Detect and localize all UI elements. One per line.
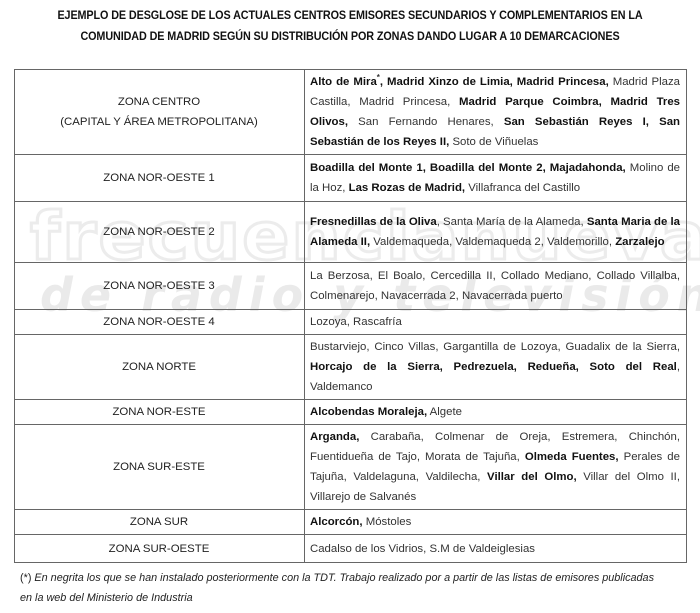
zone-name: ZONA NOR-OESTE 1	[20, 168, 298, 188]
transmitter-centers-cell: Bustarviejo, Cinco Villas, Gargantilla d…	[305, 335, 687, 400]
zones-table: ZONA CENTRO(CAPITAL Y ÁREA METROPOLITANA…	[14, 69, 687, 563]
center-text: San Fernando Henares,	[348, 116, 504, 128]
zone-row: ZONA SURAlcorcón, Móstoles	[15, 510, 687, 535]
zone-name-cell: ZONA SUR	[15, 510, 305, 535]
tdt-center-text: Alto de Mira	[310, 76, 377, 88]
transmitter-centers-cell: Alcobendas Moraleja, Algete	[305, 400, 687, 425]
zone-row: ZONA NOR-OESTE 2Fresnedillas de la Oliva…	[15, 202, 687, 263]
zone-subtitle: (CAPITAL Y ÁREA METROPOLITANA)	[20, 112, 298, 132]
zone-row: ZONA CENTRO(CAPITAL Y ÁREA METROPOLITANA…	[15, 70, 687, 155]
center-text: Soto de Viñuelas	[449, 136, 538, 148]
title-line-2: COMUNIDAD DE MADRID SEGÚN SU DISTRIBUCIÓ…	[25, 26, 676, 47]
zone-name: ZONA SUR-ESTE	[20, 457, 298, 477]
tdt-center-text: Boadilla del Monte 1, Boadilla del Monte…	[310, 162, 626, 174]
zone-name: ZONA NOR-ESTE	[20, 402, 298, 422]
transmitter-centers-cell: Alcorcón, Móstoles	[305, 510, 687, 535]
zone-name-cell: ZONA NOR-OESTE 2	[15, 202, 305, 263]
tdt-center-text: , Madrid Xinzo de Limia, Madrid Princesa…	[380, 76, 609, 88]
tdt-center-text: Villar del Olmo,	[487, 471, 577, 483]
center-text: Valdemaqueda, Valdemaqueda 2, Valdemoril…	[370, 236, 615, 248]
transmitter-centers-cell: Boadilla del Monte 1, Boadilla del Monte…	[305, 155, 687, 202]
transmitter-centers-cell: Cadalso de los Vidrios, S.M de Valdeigle…	[305, 535, 687, 563]
tdt-center-text: Fresnedillas de la Oliva	[310, 216, 437, 228]
zone-name-cell: ZONA SUR-ESTE	[15, 425, 305, 510]
center-text: Cadalso de los Vidrios, S.M de Valdeigle…	[310, 543, 535, 555]
center-text: Lozoya, Rascafría	[310, 316, 402, 328]
zone-name: ZONA SUR-OESTE	[20, 539, 298, 559]
footnote: (*) En negrita los que se han instalado …	[20, 568, 661, 608]
tdt-center-text: Olmeda Fuentes,	[525, 451, 619, 463]
center-text: , Santa María de la Alameda,	[437, 216, 587, 228]
zone-name: ZONA NOR-OESTE 2	[20, 222, 298, 242]
zone-row: ZONA SUR-ESTEArganda, Carabaña, Colmenar…	[15, 425, 687, 510]
zone-name-cell: ZONA NOR-OESTE 4	[15, 310, 305, 335]
center-text: Móstoles	[363, 516, 412, 528]
footnote-text: En negrita los que se han instalado post…	[20, 572, 654, 604]
zone-row: ZONA SUR-OESTECadalso de los Vidrios, S.…	[15, 535, 687, 563]
zone-row: ZONA NOR-OESTE 1Boadilla del Monte 1, Bo…	[15, 155, 687, 202]
zone-name-cell: ZONA NOR-OESTE 1	[15, 155, 305, 202]
zone-name: ZONA CENTRO	[20, 92, 298, 112]
transmitter-centers-cell: Fresnedillas de la Oliva, Santa María de…	[305, 202, 687, 263]
zone-name: ZONA SUR	[20, 512, 298, 532]
zone-name-cell: ZONA SUR-OESTE	[15, 535, 305, 563]
transmitter-centers-cell: Arganda, Carabaña, Colmenar de Oreja, Es…	[305, 425, 687, 510]
zone-row: ZONA NORTEBustarviejo, Cinco Villas, Gar…	[15, 335, 687, 400]
title-line-1: EJEMPLO DE DESGLOSE DE LOS ACTUALES CENT…	[25, 5, 676, 26]
zone-row: ZONA NOR-OESTE 3La Berzosa, El Boalo, Ce…	[15, 263, 687, 310]
zone-row: ZONA NOR-OESTE 4Lozoya, Rascafría	[15, 310, 687, 335]
zone-name: ZONA NOR-OESTE 3	[20, 276, 298, 296]
document-title: EJEMPLO DE DESGLOSE DE LOS ACTUALES CENT…	[25, 5, 676, 47]
center-text: La Berzosa, El Boalo, Cercedilla II, Col…	[310, 270, 680, 302]
zone-name: ZONA NOR-OESTE 4	[20, 312, 298, 332]
center-text: Bustarviejo, Cinco Villas, Gargantilla d…	[310, 341, 680, 353]
tdt-center-text: Las Rozas de Madrid,	[349, 182, 465, 194]
footnote-mark: (*)	[20, 572, 31, 584]
zone-name: ZONA NORTE	[20, 357, 298, 377]
transmitter-centers-cell: Alto de Mira*, Madrid Xinzo de Limia, Ma…	[305, 70, 687, 155]
zone-name-cell: ZONA NOR-OESTE 3	[15, 263, 305, 310]
tdt-center-text: Horcajo de la Sierra, Pedrezuela, Redueñ…	[310, 361, 677, 373]
center-text: Algete	[427, 406, 462, 418]
center-text: Villafranca del Castillo	[465, 182, 580, 194]
zone-name-cell: ZONA CENTRO(CAPITAL Y ÁREA METROPOLITANA…	[15, 70, 305, 155]
tdt-center-text: Alcorcón,	[310, 516, 363, 528]
tdt-center-text: Alcobendas Moraleja,	[310, 406, 427, 418]
transmitter-centers-cell: Lozoya, Rascafría	[305, 310, 687, 335]
transmitter-centers-cell: La Berzosa, El Boalo, Cercedilla II, Col…	[305, 263, 687, 310]
tdt-center-text: Zarzalejo	[615, 236, 664, 248]
zone-name-cell: ZONA NOR-ESTE	[15, 400, 305, 425]
tdt-center-text: Arganda,	[310, 431, 359, 443]
zone-row: ZONA NOR-ESTEAlcobendas Moraleja, Algete	[15, 400, 687, 425]
zone-name-cell: ZONA NORTE	[15, 335, 305, 400]
